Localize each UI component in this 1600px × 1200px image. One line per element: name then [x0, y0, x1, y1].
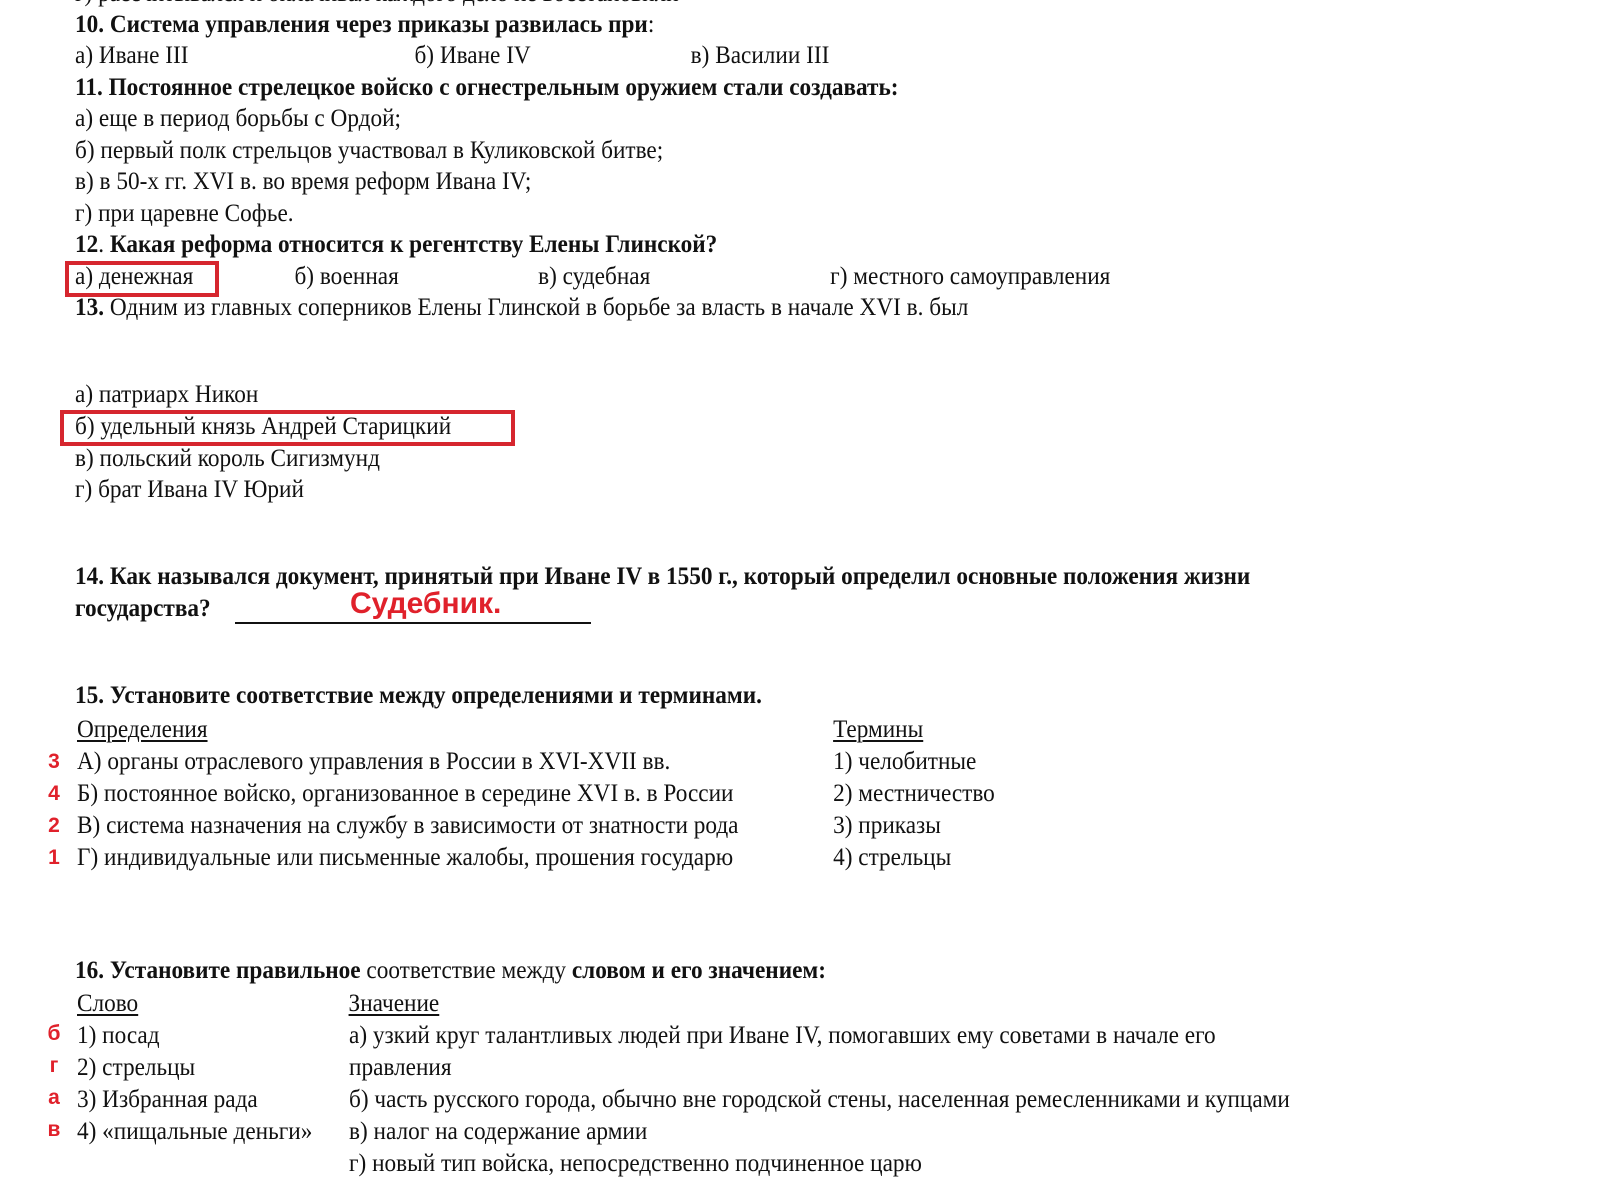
question-14-line-1: 14. Как назывался документ, принятый при…: [75, 561, 1250, 593]
question-12-text: Какая реформа относится к регентству Еле…: [104, 231, 717, 258]
q11-option-d: г) при царевне Софье.: [75, 198, 294, 230]
q16-answer-mark: а: [44, 1082, 64, 1114]
question-16: 16. Установите правильное соответствие м…: [75, 955, 826, 987]
q15-terms-header: Термины: [833, 714, 923, 746]
question-10-options: а) Иване III б) Иване IV в) Василии III: [75, 40, 1005, 72]
q13-option-d: г) брат Ивана IV Юрий: [75, 474, 304, 506]
q15-headers: Определения Термины: [77, 714, 1007, 746]
question-14-line-2: государства?: [75, 593, 211, 625]
q15-definition: В) система назначения на службу в зависи…: [77, 810, 738, 842]
q13-option-c: в) польский король Сигизмунд: [75, 443, 380, 475]
q10-option-a: а) Иване III: [75, 40, 188, 72]
q15-row: Б) постоянное войско, организованное в с…: [77, 778, 1007, 810]
question-16-regular-part: соответствие между: [361, 957, 572, 984]
q16-meaning: в) налог на содержание армии: [349, 1116, 647, 1148]
q11-option-b: б) первый полк стрельцов участвовал в Ку…: [75, 135, 663, 167]
q15-term: 4) стрельцы: [833, 842, 951, 874]
q10-option-b: б) Иване IV: [414, 40, 530, 72]
question-10-text: 10. Система управления через приказы раз…: [75, 11, 648, 38]
q16-meaning-header: Значение: [349, 988, 440, 1020]
selected-answer-box-q13: [60, 410, 515, 446]
q12-option-c: в) судебная: [538, 261, 650, 293]
q15-definition: А) органы отраслевого управления в Росси…: [77, 746, 670, 778]
q15-answer-mark: 2: [44, 810, 64, 842]
q15-answer-mark: 3: [44, 746, 64, 778]
question-10: 10. Система управления через приказы раз…: [75, 9, 654, 41]
question-15: 15. Установите соответствие между опреде…: [75, 680, 762, 712]
q16-word: 3) Избранная рада: [77, 1084, 258, 1116]
q16-answer-mark: б: [44, 1018, 64, 1050]
q16-headers: Слово Значение: [77, 988, 1007, 1020]
q15-answer-mark: 1: [44, 842, 64, 874]
question-11: 11. Постоянное стрелецкое войско с огнес…: [75, 72, 899, 104]
q15-term: 1) челобитные: [833, 746, 976, 778]
q16-meaning: б) часть русского города, обычно вне гор…: [349, 1084, 1290, 1116]
q13-option-a: а) патриарх Никон: [75, 379, 258, 411]
question-16-bold-part-1: 16. Установите правильное: [75, 957, 361, 984]
q15-row: В) система назначения на службу в зависи…: [77, 810, 1007, 842]
q15-row: А) органы отраслевого управления в Росси…: [77, 746, 1007, 778]
q16-answer-mark: г: [44, 1050, 64, 1082]
q16-meaning-continued: правления: [349, 1052, 452, 1084]
q11-option-c: в) в 50-х гг. XVI в. во время реформ Ива…: [75, 166, 531, 198]
q15-answer-mark: 4: [44, 778, 64, 810]
q11-option-a: а) еще в период борьбы с Ордой;: [75, 103, 401, 135]
q16-answer-mark: в: [44, 1114, 64, 1146]
q12-option-d: г) местного самоуправления: [830, 261, 1110, 293]
question-13: 13. Одним из главных соперников Елены Гл…: [75, 292, 968, 324]
q15-term: 3) приказы: [833, 810, 941, 842]
q12-option-b: б) военная: [294, 261, 398, 293]
question-12-number: 12: [75, 231, 98, 258]
question-13-text: Одним из главных соперников Елены Глинск…: [104, 294, 968, 321]
q16-word-header: Слово: [77, 988, 138, 1020]
q16-word: 2) стрельцы: [77, 1052, 195, 1084]
q10-option-c: в) Василии III: [691, 40, 830, 72]
q16-word: 1) посад: [77, 1020, 160, 1052]
question-12-options: а) денежная б) военная в) судебная г) ме…: [75, 261, 1191, 293]
question-16-bold-part-2: словом и его значением:: [572, 957, 826, 984]
q15-row: Г) индивидуальные или письменные жалобы,…: [77, 842, 1007, 874]
question-12: 12. Какая реформа относится к регентству…: [75, 229, 717, 261]
question-13-number: 13.: [75, 294, 104, 321]
q15-definitions-header: Определения: [77, 714, 208, 746]
q16-word: 4) «пищальные деньги»: [77, 1116, 312, 1148]
q16-meaning: а) узкий круг талантливых людей при Иван…: [349, 1020, 1216, 1052]
question-10-colon: :: [648, 11, 654, 38]
handwritten-answer-q14: Судебник.: [350, 586, 501, 622]
q15-definition: Б) постоянное войско, организованное в с…: [77, 778, 733, 810]
q16-meaning: г) новый тип войска, непосредственно под…: [349, 1148, 922, 1180]
q15-term: 2) местничество: [833, 778, 995, 810]
q15-definition: Г) индивидуальные или письменные жалобы,…: [77, 842, 733, 874]
